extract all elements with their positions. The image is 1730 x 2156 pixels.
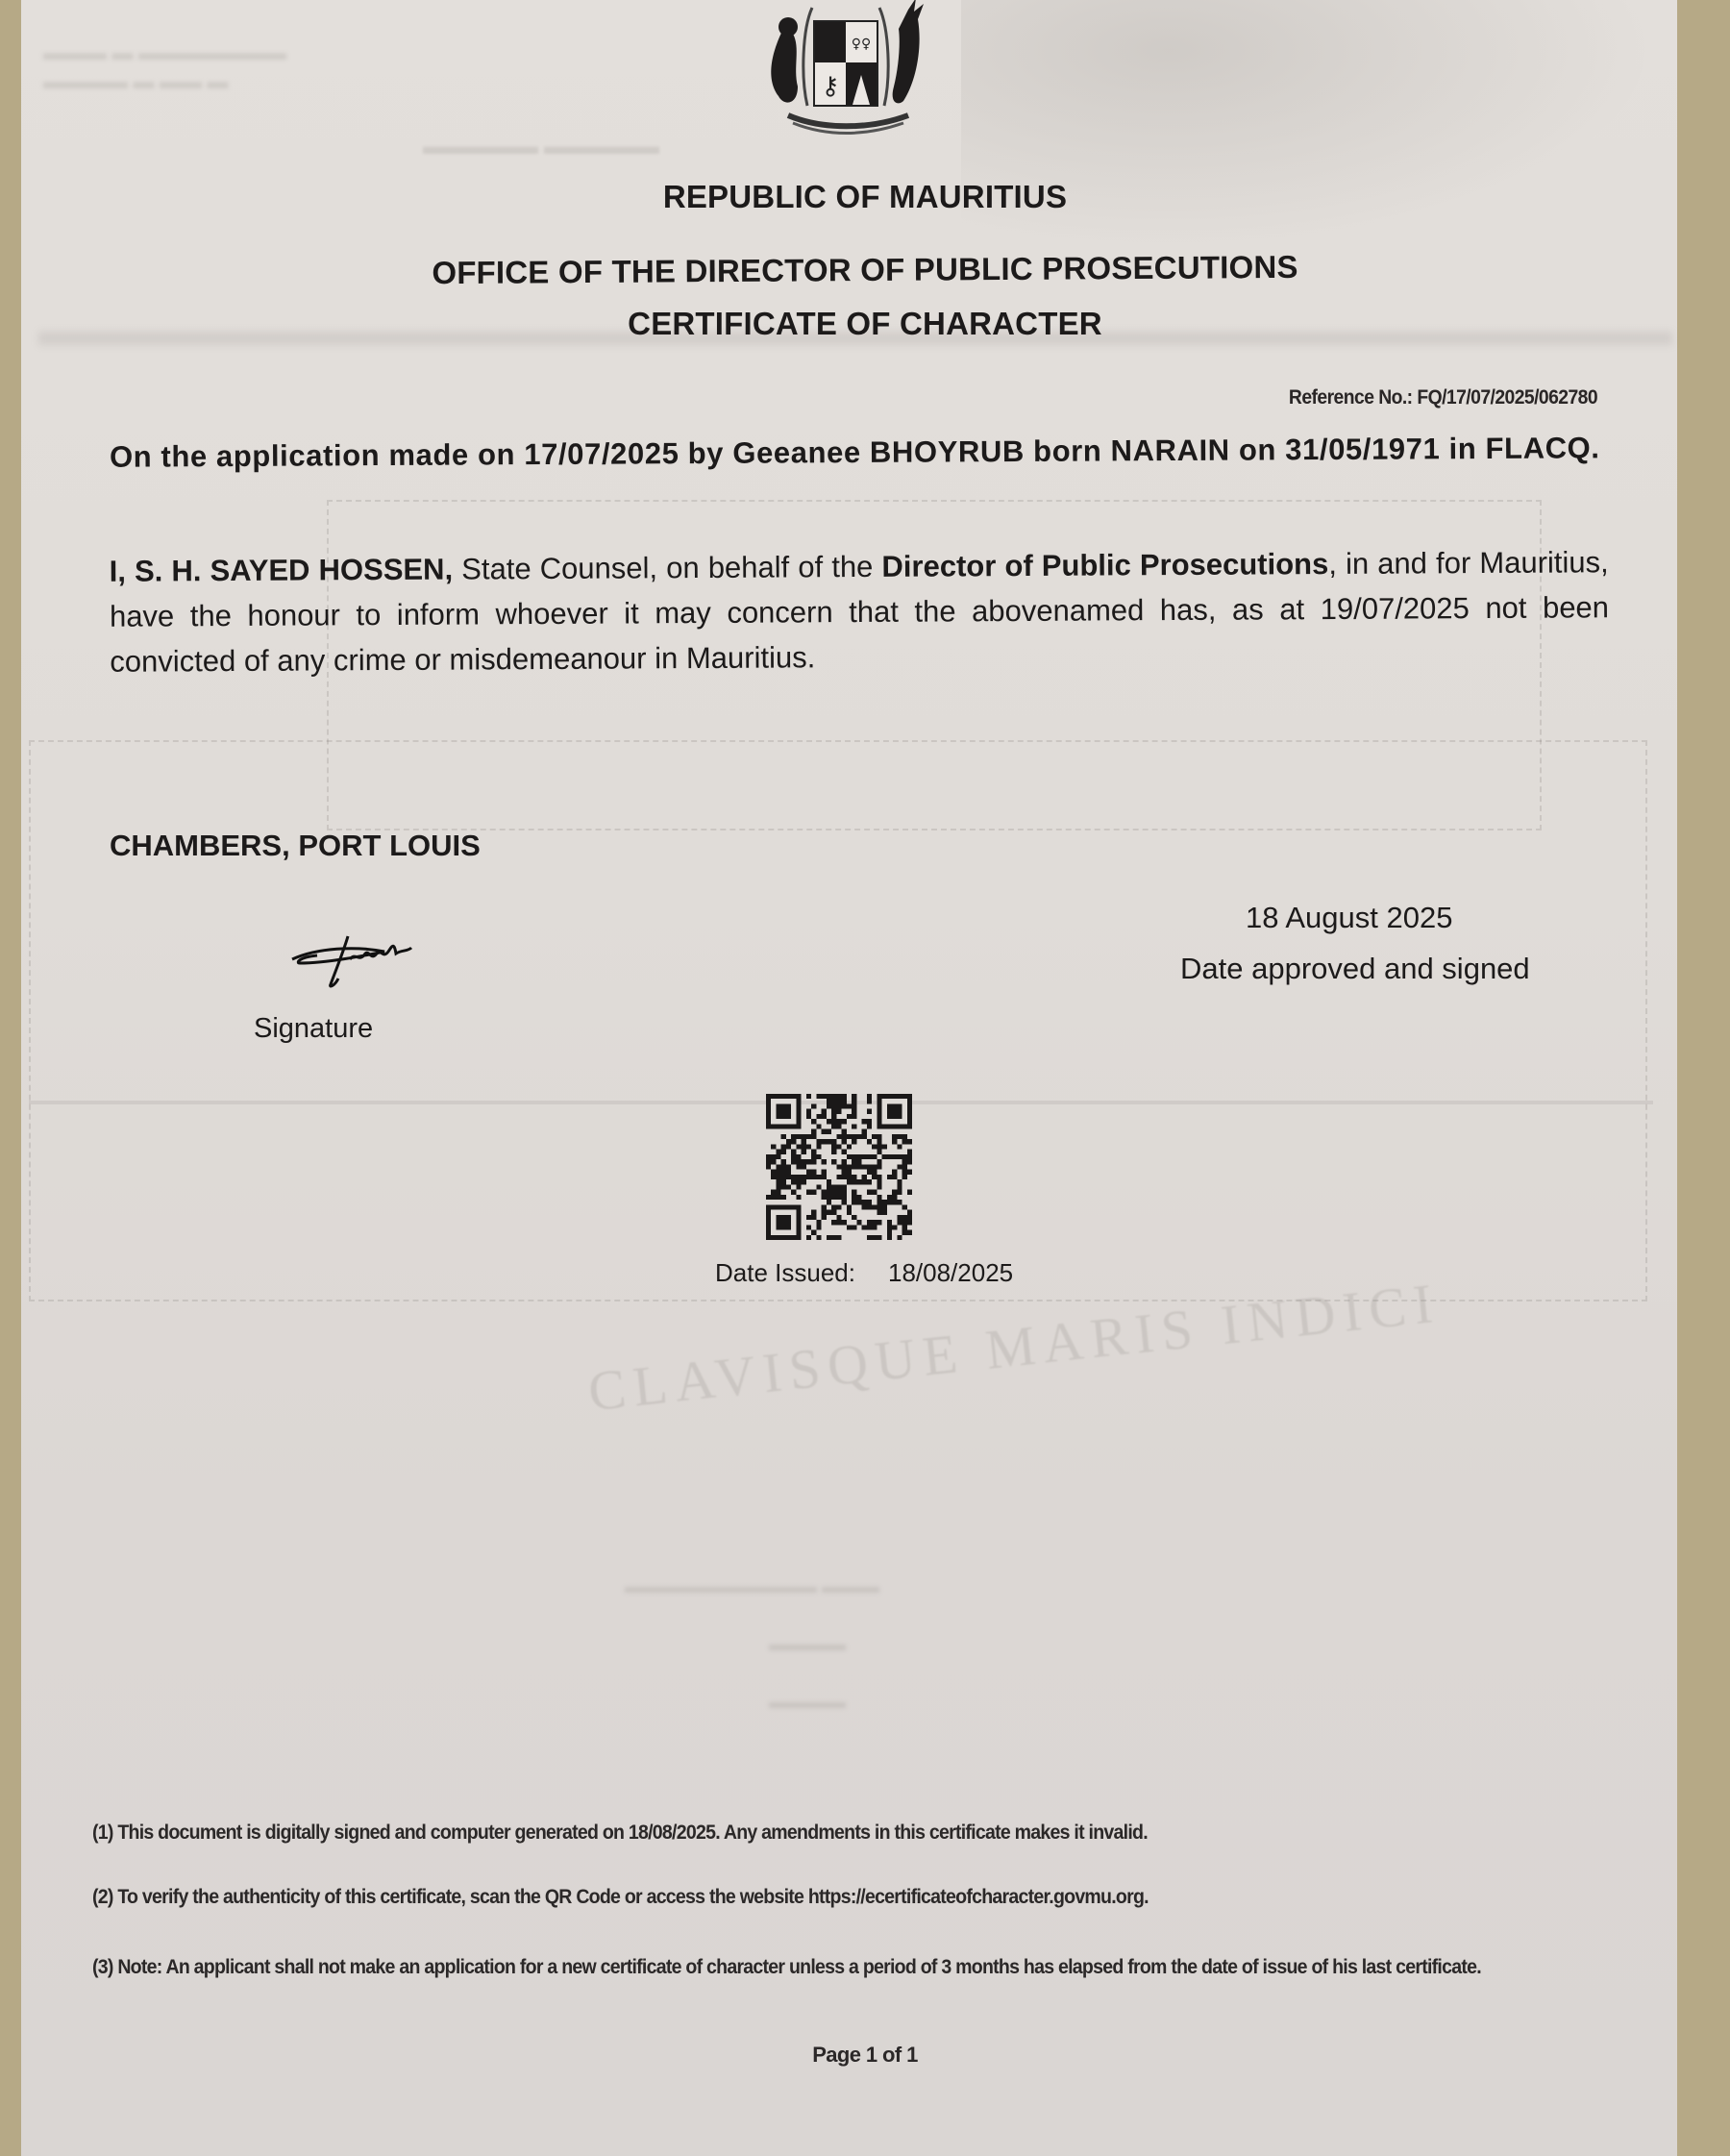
footnote-2: (2) To verify the authenticity of this c… bbox=[92, 1885, 1487, 1910]
application-by: by bbox=[688, 436, 725, 470]
date-of-birth: 31/05/1971 bbox=[1285, 432, 1440, 466]
application-in: in bbox=[1449, 432, 1477, 465]
date-issued-value: 18/08/2025 bbox=[888, 1258, 1013, 1287]
place-of-issue: CHAMBERS, PORT LOUIS bbox=[110, 829, 481, 863]
signature-icon bbox=[288, 930, 432, 988]
applicant-name: Geeanee BHOYRUB born NARAIN bbox=[732, 434, 1230, 470]
qr-code-icon[interactable] bbox=[766, 1094, 912, 1240]
svg-text:♀♀: ♀♀ bbox=[852, 37, 872, 52]
footnote-3: (3) Note: An applicant shall not make an… bbox=[92, 1955, 1487, 1980]
reference-value: FQ/17/07/2025/062780 bbox=[1417, 386, 1597, 409]
counsel-name: I, S. H. SAYED HOSSEN, bbox=[110, 553, 454, 588]
approval-date: 18 August 2025 bbox=[1246, 901, 1452, 935]
country-heading: REPUBLIC OF MAURITIUS bbox=[0, 179, 1730, 215]
application-date: 17/07/2025 bbox=[524, 436, 679, 471]
footnote-1: (1) This document is digitally signed an… bbox=[92, 1821, 1487, 1846]
reference-number: Reference No.: FQ/17/07/2025/062780 bbox=[1289, 386, 1597, 409]
reference-label: Reference No.: bbox=[1289, 386, 1413, 409]
signature-label: Signature bbox=[254, 1013, 373, 1045]
application-paragraph: On the application made on 17/07/2025 by… bbox=[110, 426, 1609, 480]
application-on: on bbox=[1239, 433, 1276, 466]
svg-text:⚷: ⚷ bbox=[821, 72, 839, 101]
coat-of-arms-icon: ♀♀ ⚷ bbox=[745, 0, 947, 144]
page-number: Page 1 of 1 bbox=[0, 2043, 1730, 2068]
certificate-title: CERTIFICATE OF CHARACTER bbox=[0, 306, 1730, 342]
declaration-paragraph: I, S. H. SAYED HOSSEN, State Counsel, on… bbox=[110, 539, 1610, 684]
declaration-middle: , on behalf of the bbox=[649, 550, 873, 584]
date-issued-label: Date Issued: bbox=[715, 1258, 855, 1287]
place-of-birth: FLACQ. bbox=[1485, 431, 1599, 465]
as-at-date: 19/07/2025 bbox=[1321, 591, 1470, 626]
application-prefix: On the application made on bbox=[110, 437, 515, 474]
date-issued: Date Issued:18/08/2025 bbox=[715, 1258, 1013, 1288]
authority-name: Director of Public Prosecutions bbox=[881, 547, 1328, 583]
counsel-role: State Counsel bbox=[461, 551, 649, 585]
approval-label: Date approved and signed bbox=[1180, 952, 1530, 986]
